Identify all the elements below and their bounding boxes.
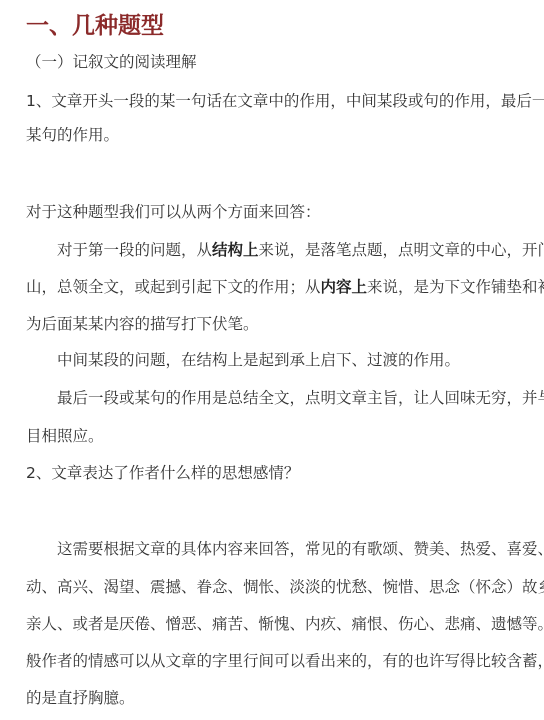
question-1-line-1: 1、文章开头一段的某一句话在文章中的作用，中间某段或句的作用，最后一段 [26,91,544,111]
para-last-line-2: 目相照应。 [26,426,104,446]
bold-keyword: 内容上 [321,278,368,296]
question-2: 2、文章表达了作者什么样的思想感情？ [26,463,299,483]
page-title: 一、几种题型 [26,12,164,40]
section-heading: （一）记叙文的阅读理解 [26,52,197,72]
question-1-line-2: 某句的作用。 [26,125,119,145]
para-emotion-line-2: 动、高兴、渴望、震撼、眷念、惆怅、淡淡的忧愁、惋惜、思念（怀念）故乡和 [26,577,544,597]
para-first-line-1: 对于第一段的问题，从结构上来说，是落笔点题，点明文章的中心，开门见 [26,240,544,260]
answer-intro: 对于这种题型我们可以从两个方面来回答： [26,202,321,222]
text: 对于第一段的问题，从 [57,241,212,259]
para-last-line-1: 最后一段或某句的作用是总结全文，点明文章主旨，让人回味无穷，并与题 [26,388,544,408]
para-first-line-2: 山，总领全文，或起到引起下文的作用；从内容上来说，是为下文作铺垫和衬托， [26,277,544,297]
para-first-line-3: 为后面某某内容的描写打下伏笔。 [26,314,259,334]
text: 来说，是为下文作铺垫和衬托， [367,278,544,296]
bold-keyword: 结构上 [212,241,259,259]
text: 来说，是落笔点题，点明文章的中心，开门见 [259,241,544,259]
para-emotion-line-5: 的是直抒胸臆。 [26,688,135,708]
para-emotion-line-1: 这需要根据文章的具体内容来回答，常见的有歌颂、赞美、热爱、喜爱、感 [26,539,544,559]
para-emotion-line-4: 般作者的情感可以从文章的字里行间可以看出来的，有的也许写得比较含蓄，有 [26,651,544,671]
para-emotion-line-3: 亲人、或者是厌倦、憎恶、痛苦、惭愧、内疚、痛恨、伤心、悲痛、遗憾等。一 [26,614,544,634]
text: 山，总领全文，或起到引起下文的作用；从 [26,278,321,296]
para-middle: 中间某段的问题，在结构上是起到承上启下、过渡的作用。 [26,350,460,370]
